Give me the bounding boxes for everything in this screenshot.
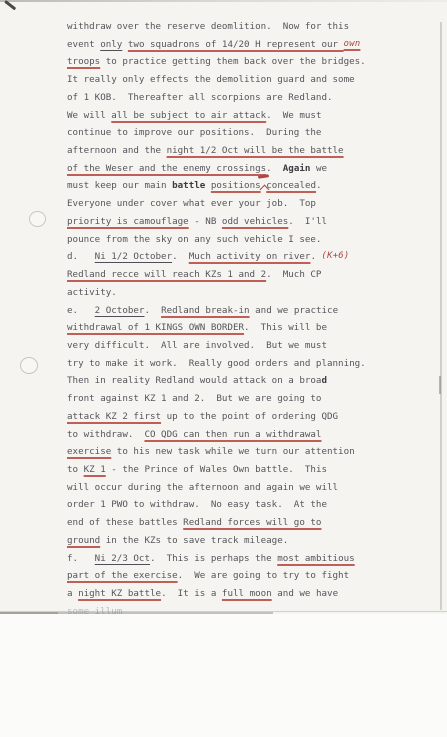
- typed-line: withdrawal of 1 KINGS OWN BORDER. This w…: [67, 319, 427, 337]
- typed-text: a: [67, 588, 78, 599]
- typed-text: continue to improve our positions. Durin…: [67, 127, 321, 138]
- typed-text: pounce from the sky on any such vehicle …: [67, 234, 321, 245]
- hole-punch-mark: [20, 357, 38, 374]
- typed-text: . We must: [266, 110, 321, 121]
- red-underlined-text: of the Weser and the enemy crossings: [67, 163, 266, 174]
- typed-line: Then in reality Redland would attack on …: [67, 372, 427, 390]
- typed-text: order 1 PWO to withdraw. No easy task. A…: [67, 499, 327, 510]
- underlined-text: Ni 2/3 Oct: [95, 553, 150, 564]
- typed-text: .: [310, 251, 321, 262]
- red-underlined-text: odd vehicles: [222, 216, 288, 227]
- red-underlined-text: troops: [67, 56, 100, 67]
- handwritten-annotation: own: [344, 39, 361, 49]
- red-underlined-text: Redland forces will go to: [183, 517, 321, 528]
- typed-text: to practice getting them back over the b…: [100, 56, 366, 67]
- typed-text: d: [321, 375, 327, 386]
- typed-line: must keep our main battle positionsconce…: [67, 177, 427, 195]
- typed-text: . This is perhaps the: [150, 553, 277, 564]
- typed-line: troops to practice getting them back ove…: [67, 53, 427, 71]
- typed-text: front against KZ 1 and 2. But we are goi…: [67, 393, 321, 404]
- red-underlined-text: most ambitious: [277, 553, 354, 564]
- typed-line: activity.: [67, 284, 427, 302]
- hole-punch-mark: [29, 211, 46, 227]
- typed-line: d. Ni 1/2 October. Much activity on rive…: [67, 248, 427, 266]
- typed-text: - NB: [189, 216, 222, 227]
- typed-text: end of these battles: [67, 517, 183, 528]
- typed-line: Redland recce will reach KZs 1 and 2. Mu…: [67, 266, 427, 284]
- typed-text: of 1 KOB. Thereafter all scorpions are R…: [67, 92, 333, 103]
- typed-line: priority is camouflage - NB odd vehicles…: [67, 213, 427, 231]
- typed-text: e.: [67, 305, 95, 316]
- typed-line: pounce from the sky on any such vehicle …: [67, 231, 427, 249]
- typed-text: battle: [172, 180, 205, 191]
- typed-text: f.: [67, 553, 95, 564]
- insertion-mark-above: [258, 175, 269, 180]
- typed-line: Everyone under cover what ever your job.…: [67, 195, 427, 213]
- typed-text: will occur during the afternoon and agai…: [67, 482, 338, 493]
- typed-line: end of these battles Redland forces will…: [67, 514, 427, 532]
- typed-text: - the Prince of Wales Own battle. This: [106, 464, 327, 475]
- typed-text: .: [316, 180, 322, 191]
- red-underlined-text: positions: [211, 180, 261, 191]
- scan-cut-edge-dark: [0, 612, 58, 614]
- typed-text: to withdraw.: [67, 429, 144, 440]
- typed-text: Everyone under cover what ever your job.…: [67, 198, 316, 209]
- typed-line: order 1 PWO to withdraw. No easy task. A…: [67, 496, 427, 514]
- typed-text: and we have: [272, 588, 338, 599]
- red-underlined-text: full moon: [222, 588, 272, 599]
- typed-text: event: [67, 39, 100, 50]
- typed-line: It really only effects the demolition gu…: [67, 71, 427, 89]
- typed-line: event only two squadrons of 14/20 H repr…: [67, 36, 427, 54]
- typed-text: we: [310, 163, 327, 174]
- red-underlined-text: night KZ battle: [78, 588, 161, 599]
- typed-text: to his new task while we turn our attent…: [111, 446, 354, 457]
- typed-text: activity.: [67, 287, 117, 298]
- page-right-edge-mark: [439, 376, 441, 394]
- typed-line: try to make it work. Really good orders …: [67, 355, 427, 373]
- scan-cut-edge-mid: [58, 612, 273, 614]
- handwritten-annotation: (K+6): [322, 251, 350, 261]
- typed-text: up to the point of ordering QDG: [161, 411, 338, 422]
- typed-text: must keep our main: [67, 180, 172, 191]
- red-underlined-text: CO QDG can then run a withdrawal: [144, 429, 321, 440]
- typed-line: of 1 KOB. Thereafter all scorpions are R…: [67, 89, 427, 107]
- typed-text: . I'll: [288, 216, 327, 227]
- red-underlined-text: ground: [67, 535, 100, 546]
- typed-line: a night KZ battle. It is a full moon and…: [67, 585, 427, 603]
- red-underlined-text: KZ 1: [84, 464, 106, 475]
- red-underlined-text: part of the exercise: [67, 570, 178, 581]
- typed-line: attack KZ 2 first up to the point of ord…: [67, 408, 427, 426]
- typed-line: of the Weser and the enemy crossings. Ag…: [67, 160, 427, 178]
- typed-line: f. Ni 2/3 Oct. This is perhaps the most …: [67, 550, 427, 568]
- typed-line: ground in the KZs to save track mileage.: [67, 532, 427, 550]
- typed-text: .: [266, 163, 283, 174]
- typed-line: continue to improve our positions. Durin…: [67, 124, 427, 142]
- red-underlined-text: Redland recce will reach KZs 1 and 2: [67, 269, 266, 280]
- page-right-edge: [440, 22, 442, 610]
- typed-text: afternoon and the: [67, 145, 167, 156]
- red-underlined-text: withdrawal of 1 KINGS OWN BORDER: [67, 322, 244, 333]
- typed-line: very difficult. All are involved. But we…: [67, 337, 427, 355]
- red-underlined-text: exercise: [67, 446, 111, 457]
- document-page: withdraw over the reserve deomlition. No…: [0, 0, 447, 614]
- typed-line: part of the exercise. We are going to tr…: [67, 567, 427, 585]
- scanned-document: withdraw over the reserve deomlition. No…: [0, 0, 447, 737]
- typed-line: to withdraw. CO QDG can then run a withd…: [67, 426, 427, 444]
- typed-text: . This will be: [244, 322, 327, 333]
- red-underlined-text: Much activity on river: [189, 251, 311, 262]
- typed-line: to KZ 1 - the Prince of Wales Own battle…: [67, 461, 427, 479]
- typed-text: d.: [67, 251, 95, 262]
- typed-text: in the KZs to save track mileage.: [100, 535, 288, 546]
- typed-text: Again: [283, 163, 311, 174]
- red-underlined-text: night 1/2 Oct will be the battle: [167, 145, 344, 156]
- typed-text: .: [172, 251, 189, 262]
- typed-text: and we practice: [250, 305, 339, 316]
- typed-text: withdraw over the reserve deomlition. No…: [67, 21, 349, 32]
- typed-line: afternoon and the night 1/2 Oct will be …: [67, 142, 427, 160]
- red-underlined-text: priority is camouflage: [67, 216, 189, 227]
- typed-line: e. 2 October. Redland break-in and we pr…: [67, 302, 427, 320]
- underlined-text: 2 October: [95, 305, 145, 316]
- typed-text: try to make it work. Really good orders …: [67, 358, 366, 369]
- typed-text-block: withdraw over the reserve deomlition. No…: [67, 18, 427, 614]
- typed-text: . It is a: [161, 588, 222, 599]
- typed-text: . Much CP: [266, 269, 321, 280]
- page-top-edge: [0, 0, 447, 2]
- typed-line: exercise to his new task while we turn o…: [67, 443, 427, 461]
- typed-text: .: [144, 305, 161, 316]
- typed-line: withdraw over the reserve deomlition. No…: [67, 18, 427, 36]
- typed-line: will occur during the afternoon and agai…: [67, 479, 427, 497]
- red-underlined-text: attack KZ 2 first: [67, 411, 161, 422]
- typed-line: front against KZ 1 and 2. But we are goi…: [67, 390, 427, 408]
- red-underlined-text: all be subject to air attack: [111, 110, 266, 121]
- typed-text: . We are going to try to fight: [178, 570, 349, 581]
- red-underlined-text: concealed: [266, 180, 316, 191]
- typed-text: Then in reality Redland would attack on …: [67, 375, 321, 386]
- typed-text: to: [67, 464, 84, 475]
- typed-text: very difficult. All are involved. But we…: [67, 340, 327, 351]
- typed-text: It really only effects the demolition gu…: [67, 74, 355, 85]
- underlined-text: Ni 1/2 October: [95, 251, 172, 262]
- red-underlined-text: two squadrons of 14/20 H represent our: [128, 39, 344, 50]
- underlined-text: only: [100, 39, 122, 50]
- insertion-caret-icon: [261, 187, 267, 188]
- typed-text: We will: [67, 110, 111, 121]
- red-underlined-text: Redland break-in: [161, 305, 250, 316]
- typed-line: We will all be subject to air attack. We…: [67, 107, 427, 125]
